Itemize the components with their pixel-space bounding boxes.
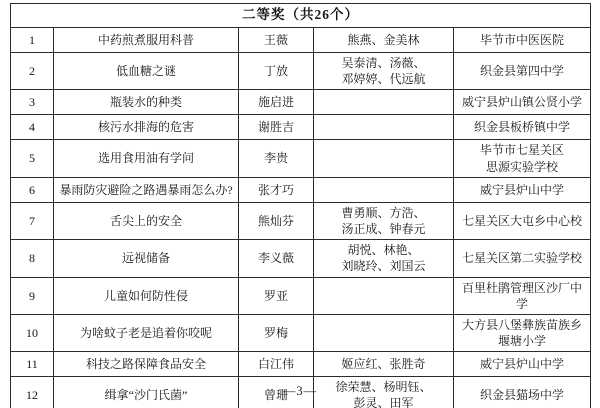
cell-author: 谢胜吉: [239, 115, 314, 140]
table-row: 6 暴雨防灾避险之路遇暴雨怎么办? 张才巧 威宁县炉山中学: [11, 177, 591, 202]
cell-title: 儿童如何防性侵: [54, 277, 239, 314]
cell-author: 李义薇: [239, 240, 314, 277]
cell-school: 织金县板桥镇中学: [454, 115, 591, 140]
cell-title: 瓶装水的种类: [54, 90, 239, 115]
cell-no: 6: [11, 177, 54, 202]
cell-coauthors: [314, 277, 454, 314]
table-row: 3 瓶装水的种类 施启进 威宁县炉山镇公贤小学: [11, 90, 591, 115]
cell-no: 3: [11, 90, 54, 115]
cell-title: 低血糖之谜: [54, 53, 239, 90]
cell-school: 织金县第四中学: [454, 53, 591, 90]
cell-title: 核污水排海的危害: [54, 115, 239, 140]
table-row: 10 为啥蚊子老是追着你咬呢 罗梅 大方县八堡彝族苗族乡 堰塘小学: [11, 314, 591, 351]
cell-coauthors: 曹勇顺、方浩、 汤正成、钟春元: [314, 202, 454, 239]
cell-school: 威宁县炉山中学: [454, 177, 591, 202]
table-row: 1 中药煎煮服用科普 王薇 熊燕、金美林 毕节市中医医院: [11, 28, 591, 53]
table-row: 5 选用食用油有学问 李贵 毕节市七星关区 思源实验学校: [11, 140, 591, 177]
table-row: 2 低血糖之谜 丁放 吴泰清、汤薇、 邓婷婷、代远航 织金县第四中学: [11, 53, 591, 90]
cell-author: 白江伟: [239, 352, 314, 377]
page-number: —3—: [0, 384, 600, 399]
cell-no: 2: [11, 53, 54, 90]
prize-header-title: 二等奖（共26个）: [11, 4, 591, 28]
cell-coauthors: [314, 140, 454, 177]
cell-school: 百里杜鹃管理区沙厂中学: [454, 277, 591, 314]
cell-coauthors: [314, 314, 454, 351]
cell-coauthors: 胡悦、林艳、 刘晓玲、刘国云: [314, 240, 454, 277]
table-row: 9 儿童如何防性侵 罗亚 百里杜鹃管理区沙厂中学: [11, 277, 591, 314]
cell-no: 11: [11, 352, 54, 377]
cell-coauthors: 吴泰清、汤薇、 邓婷婷、代远航: [314, 53, 454, 90]
cell-school: 威宁县炉山镇公贤小学: [454, 90, 591, 115]
cell-coauthors: 姬应红、张胜奇: [314, 352, 454, 377]
cell-title: 舌尖上的安全: [54, 202, 239, 239]
cell-author: 李贵: [239, 140, 314, 177]
cell-coauthors: [314, 90, 454, 115]
document-page: 二等奖（共26个） 1 中药煎煮服用科普 王薇 熊燕、金美林 毕节市中医医院 2…: [0, 0, 600, 408]
cell-school: 大方县八堡彝族苗族乡 堰塘小学: [454, 314, 591, 351]
cell-school: 毕节市七星关区 思源实验学校: [454, 140, 591, 177]
cell-no: 8: [11, 240, 54, 277]
cell-title: 远视储备: [54, 240, 239, 277]
cell-author: 罗梅: [239, 314, 314, 351]
cell-no: 9: [11, 277, 54, 314]
cell-no: 4: [11, 115, 54, 140]
table-row: 8 远视储备 李义薇 胡悦、林艳、 刘晓玲、刘国云 七星关区第二实验学校: [11, 240, 591, 277]
award-table: 二等奖（共26个） 1 中药煎煮服用科普 王薇 熊燕、金美林 毕节市中医医院 2…: [10, 3, 591, 408]
cell-no: 7: [11, 202, 54, 239]
table-row: 4 核污水排海的危害 谢胜吉 织金县板桥镇中学: [11, 115, 591, 140]
cell-coauthors: [314, 115, 454, 140]
cell-school: 七星关区大屯乡中心校: [454, 202, 591, 239]
cell-author: 施启进: [239, 90, 314, 115]
cell-school: 毕节市中医医院: [454, 28, 591, 53]
cell-coauthors: [314, 177, 454, 202]
table-row: 7 舌尖上的安全 熊灿芬 曹勇顺、方浩、 汤正成、钟春元 七星关区大屯乡中心校: [11, 202, 591, 239]
cell-coauthors: 熊燕、金美林: [314, 28, 454, 53]
cell-title: 暴雨防灾避险之路遇暴雨怎么办?: [54, 177, 239, 202]
cell-school: 威宁县炉山中学: [454, 352, 591, 377]
prize-header-row: 二等奖（共26个）: [11, 4, 591, 28]
cell-no: 5: [11, 140, 54, 177]
cell-title: 中药煎煮服用科普: [54, 28, 239, 53]
cell-title: 科技之路保障食品安全: [54, 352, 239, 377]
cell-no: 10: [11, 314, 54, 351]
cell-title: 选用食用油有学问: [54, 140, 239, 177]
table-row: 11 科技之路保障食品安全 白江伟 姬应红、张胜奇 威宁县炉山中学: [11, 352, 591, 377]
cell-title: 为啥蚊子老是追着你咬呢: [54, 314, 239, 351]
cell-school: 七星关区第二实验学校: [454, 240, 591, 277]
cell-author: 罗亚: [239, 277, 314, 314]
cell-author: 熊灿芬: [239, 202, 314, 239]
cell-author: 王薇: [239, 28, 314, 53]
cell-no: 1: [11, 28, 54, 53]
cell-author: 张才巧: [239, 177, 314, 202]
cell-author: 丁放: [239, 53, 314, 90]
